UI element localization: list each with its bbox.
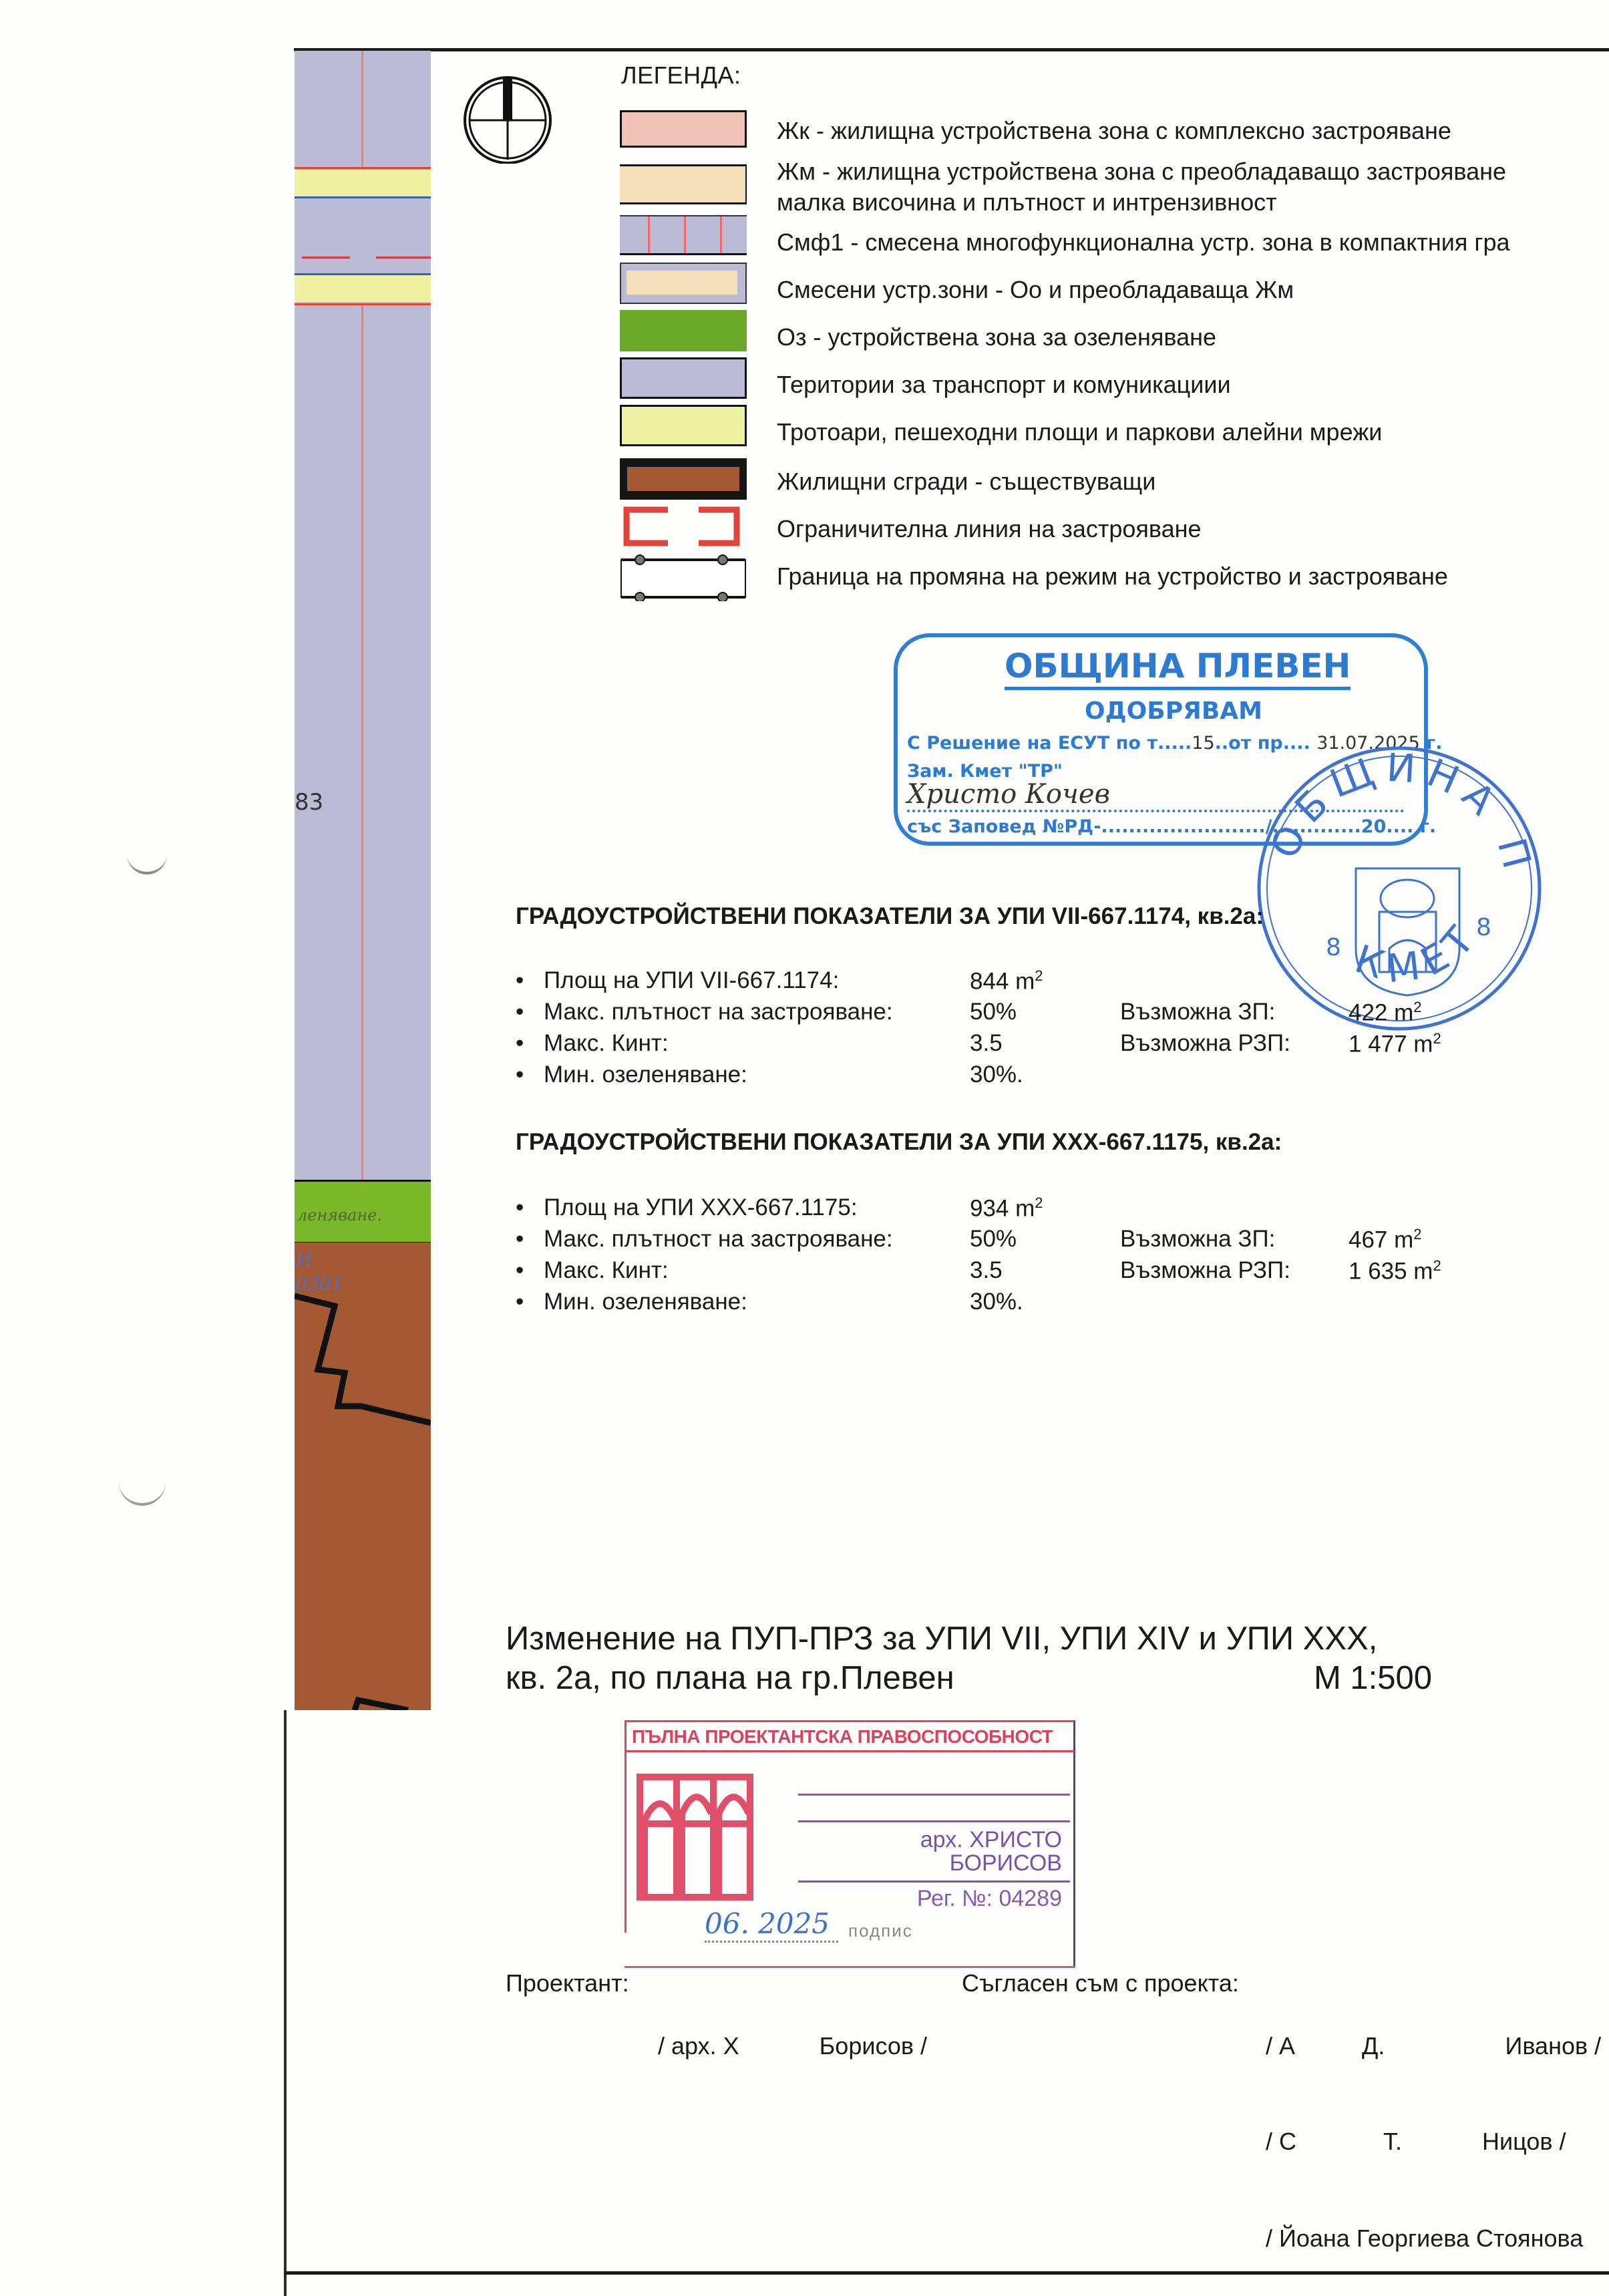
map-sidewalk xyxy=(295,170,431,196)
swatch-mixed-multifunctional xyxy=(620,215,747,255)
map-axis-dash xyxy=(376,257,431,259)
frame-top-line xyxy=(294,48,1609,51)
swatch-existing-buildings xyxy=(620,458,747,500)
map-curb-line xyxy=(295,196,431,198)
agreed-party-name: / А Д. Иванов / xyxy=(1266,2032,1601,2060)
map-axis-dash xyxy=(302,257,350,259)
svg-text:8: 8 xyxy=(1326,934,1341,961)
swatch-mixed-zones xyxy=(620,263,747,304)
designer-name: / арх. Х Борисов / xyxy=(658,2032,927,2060)
punch-hole-mark xyxy=(127,845,167,874)
legend-label: Жм - жилищна устройствена зона с преобла… xyxy=(777,158,1506,186)
building-outline xyxy=(295,1243,431,1710)
project-location: кв. 2а, по плана на гр.Плевен xyxy=(506,1659,954,1697)
legend-label: Територии за транспорт и комуникациии xyxy=(777,371,1231,399)
legend-label: Жилищни сгради - съществуващи xyxy=(777,468,1155,496)
project-title: Изменение на ПУП-ПРЗ за УПИ VII, УПИ XIV… xyxy=(506,1620,1377,1657)
frame-bottom-line xyxy=(284,2271,1609,2275)
map-strip: 83 леняване. И 0301 xyxy=(295,51,431,1710)
legend-label: Жк - жилищна устройствена зона с комплек… xyxy=(777,117,1451,145)
legend-label: Ограничителна линия на застрояване xyxy=(777,515,1202,543)
map-building-zone: И 0301 xyxy=(295,1243,431,1710)
swatch-residential-complex xyxy=(620,110,747,148)
punch-hole-mark xyxy=(119,1473,166,1506)
map-sidewalk xyxy=(295,275,431,302)
legend-label: малка височина и плътност и интрензивнос… xyxy=(777,188,1277,216)
regulation-line xyxy=(361,305,363,1180)
regulation-line xyxy=(295,167,431,169)
designer-reg-number: Рег. №: 04289 xyxy=(917,1886,1062,1912)
legend-label: Оз - устройствена зона за озеленяване xyxy=(777,323,1216,351)
green-zone-label: леняване. xyxy=(297,1206,382,1224)
architects-logo-icon xyxy=(637,1774,753,1901)
agreed-party-name: / Йоана Георгиева Стоянова xyxy=(1266,2225,1583,2253)
parcel-number: 83 xyxy=(295,789,323,816)
regulation-line xyxy=(361,51,363,168)
signature-label: подпис xyxy=(848,1921,913,1941)
stamp-municipality: ОБЩИНА ПЛЕВЕН xyxy=(1005,647,1351,690)
stamp-header: ПЪЛНА ПРОЕКТАНТСКА ПРАВОСПОСОБНОСТ xyxy=(624,1720,1075,1752)
legend-title: ЛЕГЕНДА: xyxy=(621,61,741,90)
swatch-sidewalks xyxy=(620,405,747,446)
legend-label: Тротоари, пешеходни площи и паркови алей… xyxy=(777,418,1382,446)
agreed-party-name: / С Т. Ницов / xyxy=(1266,2128,1566,2156)
swatch-building-limit-line xyxy=(620,506,747,547)
plan-scale: М 1:500 xyxy=(1314,1659,1432,1697)
legend-label: Смф1 - смесена многофункционална устр. з… xyxy=(777,228,1510,257)
svg-text:КМЕТ: КМЕТ xyxy=(1350,911,1489,992)
map-green-zone: леняване. xyxy=(295,1180,431,1245)
stamp-handwritten-name: Христо Кочев xyxy=(907,779,1110,810)
designer-stamp: ПЪЛНА ПРОЕКТАНТСКА ПРАВОСПОСОБНОСТ арх. … xyxy=(624,1720,1075,1967)
swatch-regime-boundary xyxy=(620,553,747,601)
agreement-label: Съгласен съм с проекта: xyxy=(962,1969,1239,1997)
designer-label: Проектант: xyxy=(506,1969,629,1997)
svg-text:8: 8 xyxy=(1476,914,1491,941)
designer-name-line2: БОРИСОВ xyxy=(950,1850,1062,1876)
swatch-greenery xyxy=(620,310,747,351)
designer-name-line1: арх. ХРИСТО xyxy=(920,1827,1062,1853)
swatch-residential-low xyxy=(620,164,747,204)
swatch-transport xyxy=(620,357,747,399)
legend-label: Граница на промяна на режим на устройств… xyxy=(777,562,1448,591)
indicators-title-upi-vii: ГРАДОУСТРОЙСТВЕНИ ПОКАЗАТЕЛИ ЗА УПИ VII-… xyxy=(516,903,1264,930)
municipal-seal-icon: ОБЩИНА ПЛЕВЕН КМЕТ 8 8 xyxy=(1246,735,1553,1042)
frame-left-line xyxy=(284,1710,287,2296)
legend-label: Смесени устр.зони - Оо и преобладаваща Ж… xyxy=(777,276,1294,304)
indicators-title-upi-xxx: ГРАДОУСТРОЙСТВЕНИ ПОКАЗАТЕЛИ ЗА УПИ XXX-… xyxy=(516,1129,1282,1156)
north-arrow-icon xyxy=(461,70,554,164)
stamp-handwritten-date: 06. 2025 xyxy=(705,1907,830,1940)
svg-text:ОБЩИНА ПЛЕВЕН: ОБЩИНА ПЛЕВЕН xyxy=(1246,735,1542,882)
stamp-approve: ОДОБРЯВАМ xyxy=(1085,697,1262,725)
